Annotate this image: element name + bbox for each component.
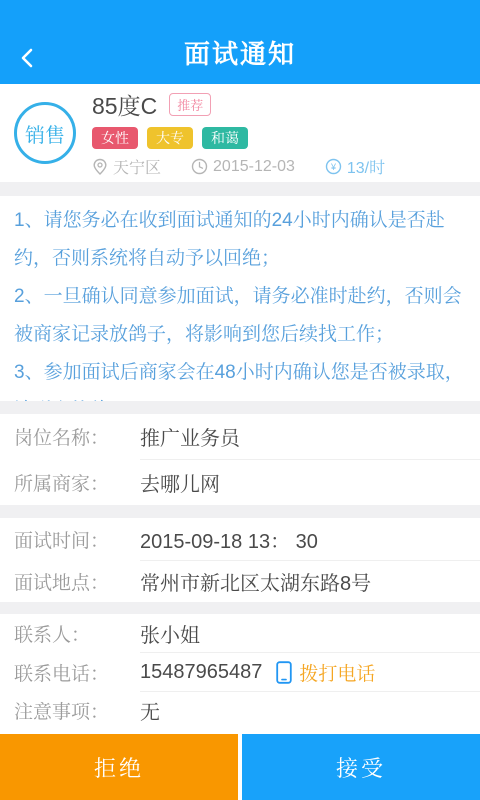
detail-row-time: 面试时间： 2015-09-18 13： 30 [0,518,480,560]
tag-gender: 女性 [92,127,138,149]
section-divider [0,505,480,518]
footer-actions: 拒绝 接受 [0,734,480,800]
call-phone-label: 拨打电话 [299,659,375,686]
district-label: 天宁区 [113,155,161,178]
row-value: 2015-09-18 13： 30 [140,525,318,554]
page-title: 面试通知 [184,34,296,71]
clock-icon [191,158,208,175]
row-label: 岗位名称： [14,423,140,450]
pay-item: ¥ 13/时 [325,155,385,178]
section-divider [0,182,480,196]
recommend-badge: 推荐 [169,93,211,116]
accept-button[interactable]: 接受 [242,734,480,800]
chevron-left-icon [17,47,39,69]
row-label: 面试时间： [14,526,140,553]
job-card: 销售 85度C 推荐 女性 大专 和蔼 天宁区 [0,84,480,182]
location-pin-icon [92,158,108,176]
svg-text:¥: ¥ [330,162,337,172]
row-label: 联系电话： [14,659,140,686]
company-name: 85度C [92,88,157,121]
phone-icon [276,661,292,684]
row-label: 面试地点： [14,568,140,595]
job-category-avatar: 销售 [14,102,76,164]
tag-temperament: 和蔼 [202,127,248,149]
detail-row-contact: 联系人： 张小姐 [0,614,480,652]
notice-block: 1、请您务必在收到面试通知的24小时内确认是否赴约，否则系统将自动予以回绝； 2… [0,196,480,401]
row-label: 联系人： [14,620,140,647]
detail-row-merchant: 所属商家： 去哪儿网 [0,459,480,505]
call-phone-button[interactable]: 拨打电话 [276,659,375,686]
row-value: 常州市新北区太湖东路8号 [140,567,371,596]
detail-row-phone: 联系电话： 15487965487 拨打电话 [0,652,480,691]
section-divider [0,401,480,414]
yen-circle-icon: ¥ [325,158,342,175]
detail-section-job: 岗位名称： 推广业务员 所属商家： 去哪儿网 [0,414,480,505]
row-label: 注意事项： [14,697,140,724]
row-value: 无 [140,696,160,725]
row-value: 张小姐 [140,619,200,648]
row-value: 去哪儿网 [140,468,220,497]
date-item: 2015-12-03 [191,158,295,176]
notice-line-1: 1、请您务必在收到面试通知的24小时内确认是否赴约，否则系统将自动予以回绝； [14,202,466,278]
detail-row-job-title: 岗位名称： 推广业务员 [0,414,480,459]
notice-line-2: 2、一旦确认同意参加面试，请务必准时赴约，否则会被商家记录放鸽子，将影响到您后续… [14,278,466,354]
reject-button[interactable]: 拒绝 [0,734,238,800]
detail-section-contact: 联系人： 张小姐 联系电话： 15487965487 拨打电话 注意事项： 无 [0,614,480,729]
back-button[interactable] [8,38,48,78]
header-bar: 面试通知 [0,0,480,84]
detail-row-place: 面试地点： 常州市新北区太湖东路8号 [0,560,480,602]
row-value: 推广业务员 [140,422,240,451]
tag-education: 大专 [147,127,193,149]
row-label: 所属商家： [14,469,140,496]
pay-label: 13/时 [347,155,385,178]
district-item: 天宁区 [92,155,161,178]
section-divider [0,602,480,614]
phone-number: 15487965487 [140,661,262,684]
date-label: 2015-12-03 [213,158,295,176]
detail-section-interview: 面试时间： 2015-09-18 13： 30 面试地点： 常州市新北区太湖东路… [0,518,480,602]
detail-row-remarks: 注意事项： 无 [0,691,480,729]
